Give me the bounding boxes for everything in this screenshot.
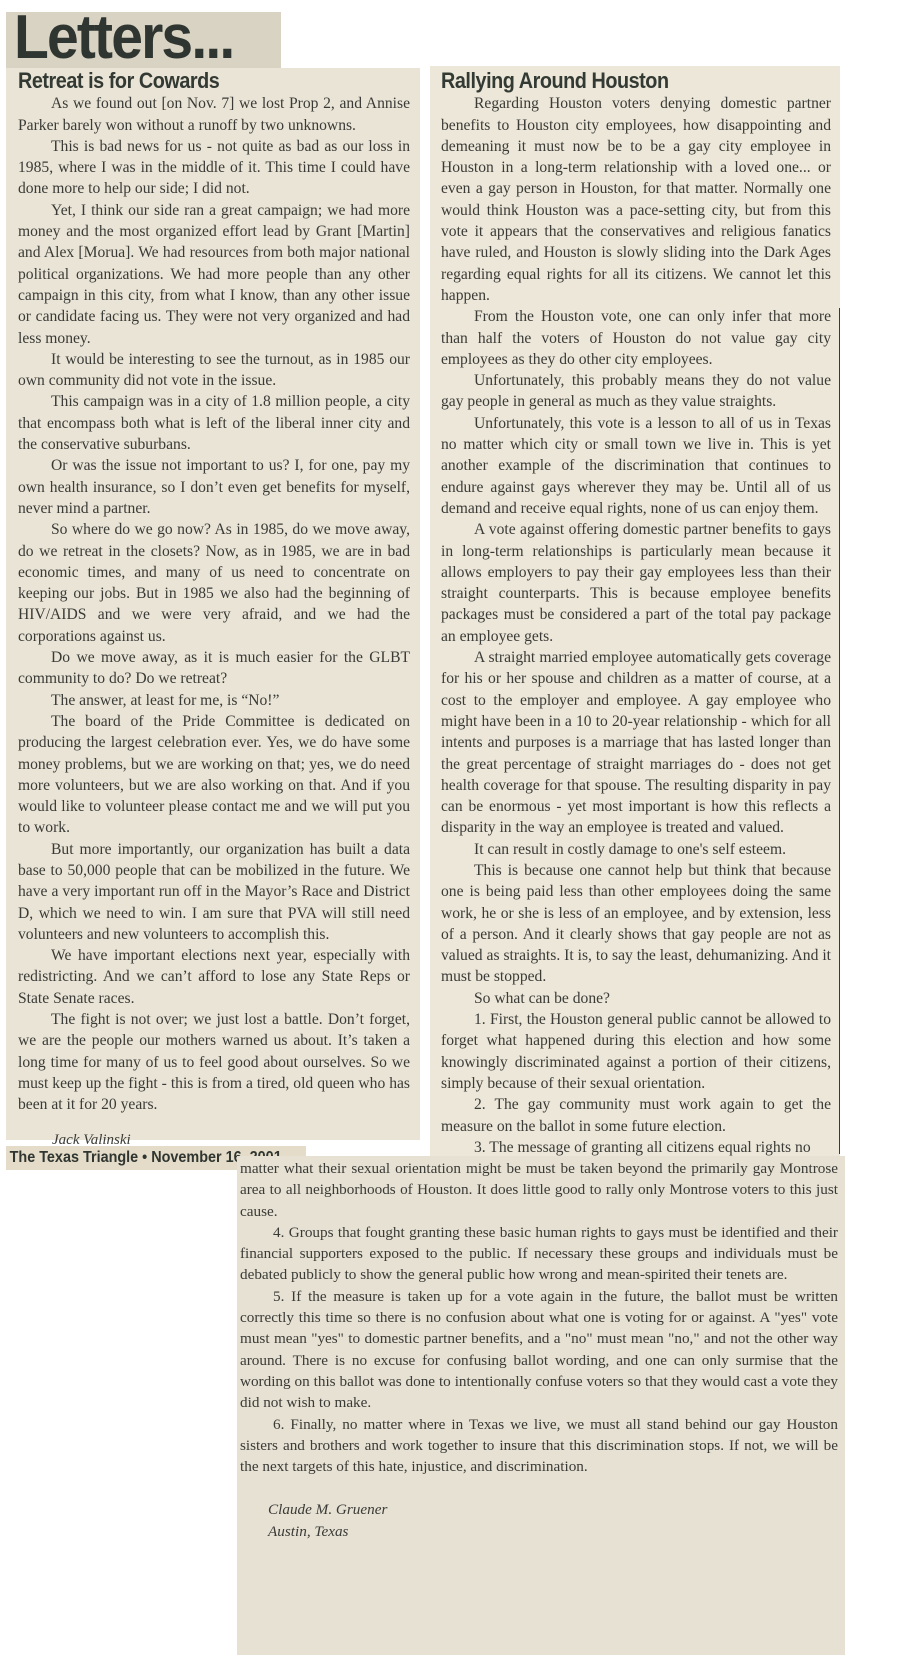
- letter2-paragraph: So what can be done?: [441, 988, 831, 1009]
- letter2-column: Rallying Around Houston Regarding Housto…: [441, 70, 831, 1158]
- letter2-paragraph: A vote against offering domestic partner…: [441, 519, 831, 647]
- letter1-paragraph: This campaign was in a city of 1.8 milli…: [18, 391, 410, 455]
- continuation-paragraph: 5. If the measure is taken up for a vote…: [240, 1286, 838, 1414]
- letter2-paragraph: Unfortunately, this vote is a lesson to …: [441, 413, 831, 519]
- letter2-paragraph: This is because one cannot help but thin…: [441, 860, 831, 988]
- letter2-paragraph: It can result in costly damage to one's …: [441, 839, 831, 860]
- letter1-paragraph: Do we move away, as it is much easier fo…: [18, 647, 410, 690]
- letter2-paragraph: Regarding Houston voters denying domesti…: [441, 93, 831, 306]
- letter1-column: Retreat is for Cowards As we found out […: [18, 70, 410, 1151]
- letter1-headline: Retreat is for Cowards: [18, 70, 371, 91]
- letter2-continuation: matter what their sexual orientation mig…: [240, 1158, 838, 1542]
- letter1-paragraph: This is bad news for us - not quite as b…: [18, 136, 410, 200]
- letter2-paragraph: 1. First, the Houston general public can…: [441, 1009, 831, 1094]
- letter1-paragraph: It would be interesting to see the turno…: [18, 349, 410, 392]
- letters-masthead: Letters...: [6, 12, 281, 70]
- letter1-paragraph: As we found out [on Nov. 7] we lost Prop…: [18, 93, 410, 136]
- letter1-paragraph: The answer, at least for me, is “No!”: [18, 690, 410, 711]
- letter2-signature-location: Austin, Texas: [240, 1521, 838, 1542]
- masthead-title: Letters...: [14, 2, 233, 73]
- publication-date: The Texas Triangle • November 16, 2001: [6, 1146, 276, 1167]
- letter1-paragraph: Yet, I think our side ran a great campai…: [18, 200, 410, 349]
- letter1-paragraph: But more importantly, our organization h…: [18, 839, 410, 945]
- letter2-paragraph: 2. The gay community must work again to …: [441, 1094, 831, 1137]
- letter2-signature-name: Claude M. Gruener: [240, 1499, 838, 1520]
- letter1-paragraph: Or was the issue not important to us? I,…: [18, 455, 410, 519]
- letter2-paragraph: A straight married employee automaticall…: [441, 647, 831, 839]
- letter2-paragraph: 3. The message of granting all citizens …: [441, 1137, 831, 1158]
- letter2-headline: Rallying Around Houston: [441, 70, 792, 91]
- letter2-paragraph: From the Houston vote, one can only infe…: [441, 306, 831, 370]
- letter1-paragraph: The board of the Pride Committee is dedi…: [18, 711, 410, 839]
- continuation-paragraph: matter what their sexual orientation mig…: [240, 1158, 838, 1222]
- letter1-paragraph: So where do we go now? As in 1985, do we…: [18, 519, 410, 647]
- continuation-paragraph: 4. Groups that fought granting these bas…: [240, 1222, 838, 1286]
- letter1-paragraph: The fight is not over; we just lost a ba…: [18, 1009, 410, 1115]
- continuation-paragraph: 6. Finally, no matter where in Texas we …: [240, 1414, 838, 1478]
- letter1-paragraph: We have important elections next year, e…: [18, 945, 410, 1009]
- letter2-paragraph: Unfortunately, this probably means they …: [441, 370, 831, 413]
- column-rule: [839, 308, 840, 1154]
